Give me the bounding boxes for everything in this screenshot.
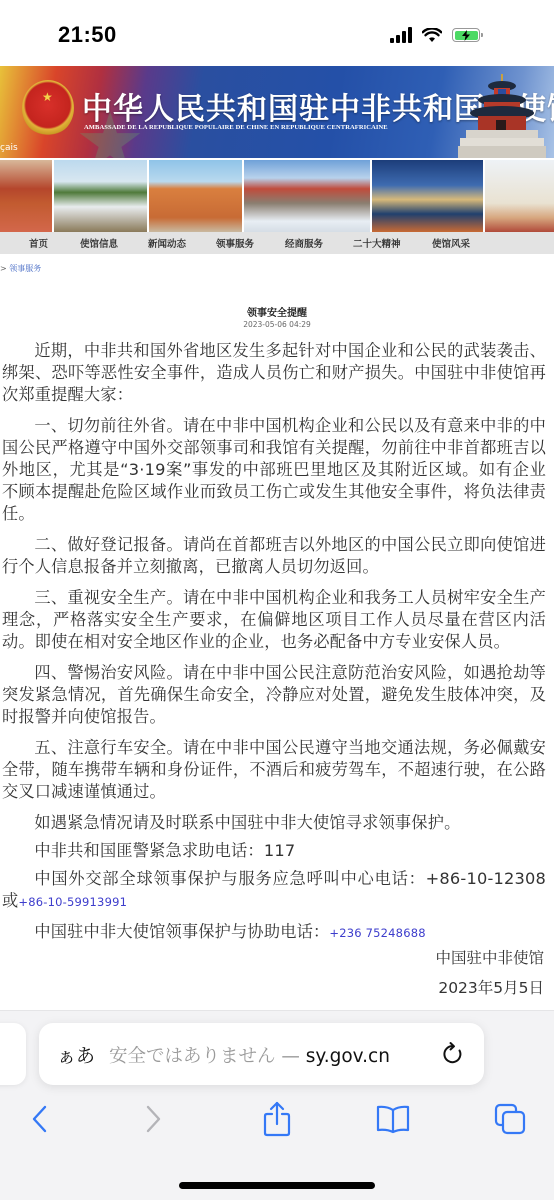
breadcrumb: > 领事服务 [0,263,41,274]
share-button[interactable] [257,1099,297,1139]
contact-mfa-label: 中国外交部全球领事保护与服务应急呼叫中心电话： [34,869,425,888]
temple-of-heaven-image [458,68,546,158]
back-icon [30,1105,50,1133]
reload-icon[interactable] [440,1041,466,1067]
browser-bottom-bar: ぁあ 安全ではありません — sy.gov.cn [0,1010,554,1200]
nav-item-embassy-gallery[interactable]: 使馆风采 [432,236,470,250]
article-date: 2023-05-06 04:29 [0,320,554,329]
back-button[interactable] [20,1099,60,1139]
national-emblem-icon [22,80,74,136]
contact-mfa-alt-number-link[interactable]: +86-10-59913991 [18,895,127,909]
language-link-francais[interactable]: çais [0,143,18,153]
forbidden-city-photo [0,160,52,232]
tabs-button[interactable] [490,1099,530,1139]
emblem-star-icon: ★ [42,90,53,104]
article-paragraph-emergency: 如遇紧急情况请及时联系中国驻中非大使馆寻求领事保护。 [2,812,546,834]
article-paragraph-3: 三、重视安全生产。请在中非中国机构企业和我务工人员树牢安全生产理念，严格落实安全… [2,587,546,653]
nav-item-home[interactable]: 首页 [29,236,48,250]
contact-police: 中非共和国匪警紧急求助电话：117 [2,840,546,862]
article-paragraph-intro: 近期，中非共和国外省地区发生多起针对中国企业和公民的武装袭击、绑架、恐吓等恶性安… [2,340,546,406]
address-bar[interactable]: ぁあ 安全ではありません — sy.gov.cn [39,1023,484,1085]
contact-embassy-number-link[interactable]: +236 75248688 [329,926,425,940]
potala-palace-photo [244,160,370,232]
contact-embassy: 中国驻中非大使馆领事保护与协助电话：+236 75248688 [2,921,546,944]
bookmarks-button[interactable] [373,1099,413,1139]
nav-item-20th-congress[interactable]: 二十大精神 [353,236,401,250]
contact-embassy-label: 中国驻中非大使馆领事保护与协助电话： [34,922,329,941]
breadcrumb-link-consular[interactable]: 领事服务 [9,264,41,273]
status-icons [390,27,480,43]
signature-org: 中国驻中非使馆 [435,946,544,968]
embassy-subtitle: AMBASSADE DE LA REPUBLIQUE POPULAIRE DE … [84,124,388,131]
cathedral-photo [149,160,242,232]
contact-police-number: 117 [264,841,296,860]
article-paragraph-5: 五、注意行车安全。请在中非中国公民遵守当地交通法规，务必佩戴安全带，随车携带车辆… [2,737,546,803]
nav-item-embassy-info[interactable]: 使馆信息 [80,236,118,250]
contact-mfa-number: +86-10-12308 [426,869,546,888]
contact-mfa: 中国外交部全球领事保护与服务应急呼叫中心电话：+86-10-12308或+86-… [2,868,546,913]
signature-date: 2023年5月5日 [438,976,544,998]
battery-charging-icon [452,28,480,42]
forward-button[interactable] [133,1099,173,1139]
forward-icon [143,1105,163,1133]
waterfall-photo [54,160,147,232]
nav-item-news[interactable]: 新闻动态 [148,236,186,250]
nav-item-business-services[interactable]: 经商服务 [285,236,323,250]
article-paragraph-4: 四、警惕治安风险。请在中非中国公民注意防范治安风险，如遇抢劫等突发紧急情况，首先… [2,662,546,728]
url-domain: sy.gov.cn [306,1046,390,1067]
wifi-icon [422,28,442,43]
article-body: 近期，中非共和国外省地区发生多起针对中国企业和公民的武装袭击、绑架、恐吓等恶性安… [2,340,546,950]
contact-mfa-or: 或 [2,891,18,910]
security-warning-text: 安全ではありません — [109,1046,306,1067]
tabs-icon [494,1103,526,1135]
status-time: 21:50 [58,22,117,48]
contact-police-label: 中非共和国匪警紧急求助电话： [34,841,263,860]
bookmarks-icon [376,1104,410,1134]
url-display[interactable]: 安全ではありません — sy.gov.cn [109,1042,390,1068]
main-nav: 首页 使馆信息 新闻动态 领事服务 经商服务 二十大精神 使馆风采 [0,232,554,254]
article-title: 领事安全提醒 [0,304,554,319]
nav-item-consular-services[interactable]: 领事服务 [216,236,254,250]
photo-strip [0,158,554,232]
reader-options-button[interactable]: ぁあ [57,1041,95,1068]
cellular-signal-icon [390,27,412,43]
browser-toolbar [0,1099,554,1147]
article-paragraph-2: 二、做好登记报备。请尚在首都班吉以外地区的中国公民立即向使馆进行个人信息报备并立… [2,534,546,578]
article-paragraph-1: 一、切勿前往外省。请在中非中国机构企业和公民以及有意来中非的中国公民严格遵守中国… [2,415,546,525]
home-indicator[interactable] [179,1182,375,1189]
previous-tab-peek[interactable] [0,1023,26,1085]
shanghai-skyline-photo [372,160,482,232]
palace-photo [485,160,554,232]
share-icon [262,1101,292,1137]
status-bar: 21:50 [0,0,554,66]
breadcrumb-separator: > [0,264,7,273]
embassy-banner: ★ 中华人民共和国驻中非共和国大使馆 AMBASSADE DE LA REPUB… [0,66,554,158]
